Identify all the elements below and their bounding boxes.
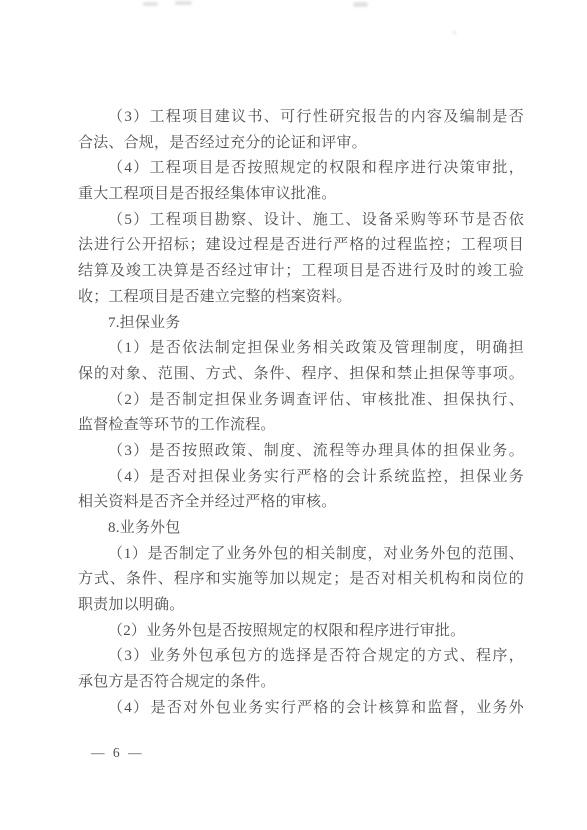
document-line: （3）是否按照政策、制度、流程等办理具体的担保业务。 [78, 439, 524, 465]
document-body: （3）工程项目建议书、可行性研究报告的内容及编制是否合法、合规，是否经过充分的论… [78, 105, 524, 722]
document-line: （4）是否对担保业务实行严格的会计系统监控，担保业务 [78, 465, 524, 491]
document-line: 合法、合规，是否经过充分的论证和评审。 [78, 131, 524, 157]
document-line: 相关资料是否齐全并经过严格的审核。 [78, 490, 524, 516]
document-line: 保的对象、范围、方式、条件、程序、担保和禁止担保等事项。 [78, 362, 524, 388]
document-line: （4） 是否对外包业务实行严格的会计核算和监督，业务外 [78, 696, 524, 722]
document-line: 重大工程项目是否报经集体审议批准。 [78, 182, 524, 208]
document-line: 收；工程项目是否建立完整的档案资料。 [78, 285, 524, 311]
document-line: 方式、条件、程序和实施等加以规定；是否对相关机构和岗位的 [78, 567, 524, 593]
document-line: 职责加以明确。 [78, 593, 524, 619]
document-line: （4）工程项目是否按照规定的权限和程序进行决策审批， [78, 156, 524, 182]
scan-artifact [143, 2, 158, 6]
scan-artifact [175, 1, 192, 5]
document-line: （2）业务外包是否按照规定的权限和程序进行审批。 [78, 619, 524, 645]
scan-artifact [453, 31, 456, 34]
document-line: （1）是否依法制定担保业务相关政策及管理制度，明确担 [78, 336, 524, 362]
document-line: （3）业务外包承包方的选择是否符合规定的方式、程序， [78, 644, 524, 670]
document-line: 监督检查等环节的工作流程。 [78, 413, 524, 439]
document-line: （2）是否制定担保业务调查评估、审核批准、担保执行、 [78, 388, 524, 414]
document-line: 承包方是否符合规定的条件。 [78, 670, 524, 696]
document-page: （3）工程项目建议书、可行性研究报告的内容及编制是否合法、合规，是否经过充分的论… [0, 0, 587, 830]
document-line: （5）工程项目勘察、设计、施工、设备采购等环节是否依 [78, 208, 524, 234]
document-line: 结算及竣工决算是否经过审计；工程项目是否进行及时的竣工验 [78, 259, 524, 285]
page-number: — 6 — [91, 745, 144, 761]
document-line: （3）工程项目建议书、可行性研究报告的内容及编制是否 [78, 105, 524, 131]
document-line: 8.业务外包 [78, 516, 524, 542]
scan-artifact [353, 2, 368, 7]
document-line: 法进行公开招标；建设过程是否进行严格的过程监控；工程项目 [78, 233, 524, 259]
document-line: 7.担保业务 [78, 311, 524, 337]
document-line: （1）是否制定了业务外包的相关制度，对业务外包的范围、 [78, 542, 524, 568]
